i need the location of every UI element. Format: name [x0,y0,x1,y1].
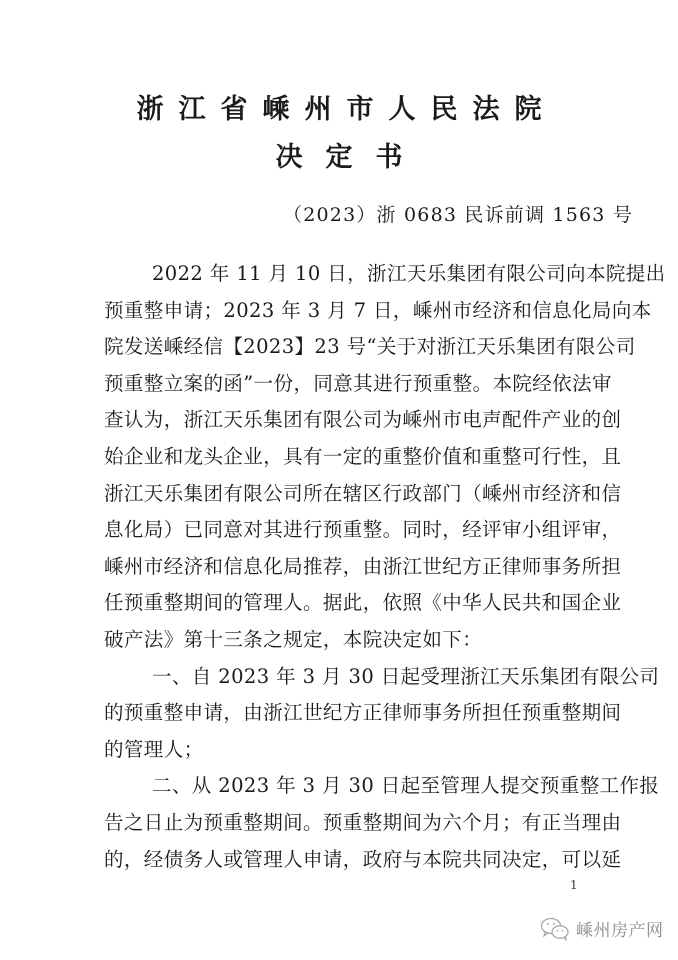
document-body: 2022 年 11 月 10 日，浙江天乐集团有限公司向本院提出 预重整申请；2… [104,256,576,878]
document-page: 浙江省嵊州市人民法院 决定书 （2023）浙 0683 民诉前调 1563 号 … [0,0,678,960]
page-number: 1 [570,878,578,892]
document-subtitle: 决定书 [0,140,678,176]
body-line: 预重整立案的函”一份，同意其进行预重整。本院经依法审 [104,366,576,403]
body-line: 任预重整期间的管理人。据此，依照《中华人民共和国企业 [104,585,576,622]
body-line: 始企业和龙头企业，具有一定的重整价值和重整可行性，且 [104,439,576,476]
decision-item-2: 二、从 2023 年 3 月 30 日起至管理人提交预重整工作报 [104,768,576,805]
body-line: 预重整申请；2023 年 3 月 7 日，嵊州市经济和信息化局向本 [104,293,576,330]
body-line: 2022 年 11 月 10 日，浙江天乐集团有限公司向本院提出 [104,256,576,293]
body-line: 的管理人； [104,732,576,769]
court-title: 浙江省嵊州市人民法院 [0,92,678,128]
decision-item-1: 一、自 2023 年 3 月 30 日起受理浙江天乐集团有限公司 [104,659,576,696]
case-number: （2023）浙 0683 民诉前调 1563 号 [283,201,633,229]
body-line: 嵊州市经济和信息化局推荐，由浙江世纪方正律师事务所担 [104,549,576,586]
body-line: 浙江天乐集团有限公司所在辖区行政部门（嵊州市经济和信 [104,476,576,513]
body-line: 的预重整申请，由浙江世纪方正律师事务所担任预重整期间 [104,695,576,732]
body-line: 查认为，浙江天乐集团有限公司为嵊州市电声配件产业的创 [104,402,576,439]
watermark-text: 嵊州房产网 [576,916,664,941]
body-line: 院发送嵊经信【2023】23 号“关于对浙江天乐集团有限公司 [104,329,576,366]
body-line: 告之日止为预重整期间。预重整期间为六个月；有正当理由 [104,805,576,842]
body-line: 破产法》第十三条之规定，本院决定如下： [104,622,576,659]
watermark: 嵊州房产网 [540,916,664,941]
body-line: 的，经债务人或管理人申请，政府与本院共同决定，可以延 [104,842,576,879]
body-line: 息化局）已同意对其进行预重整。同时，经评审小组评审， [104,512,576,549]
wechat-icon [540,917,570,941]
